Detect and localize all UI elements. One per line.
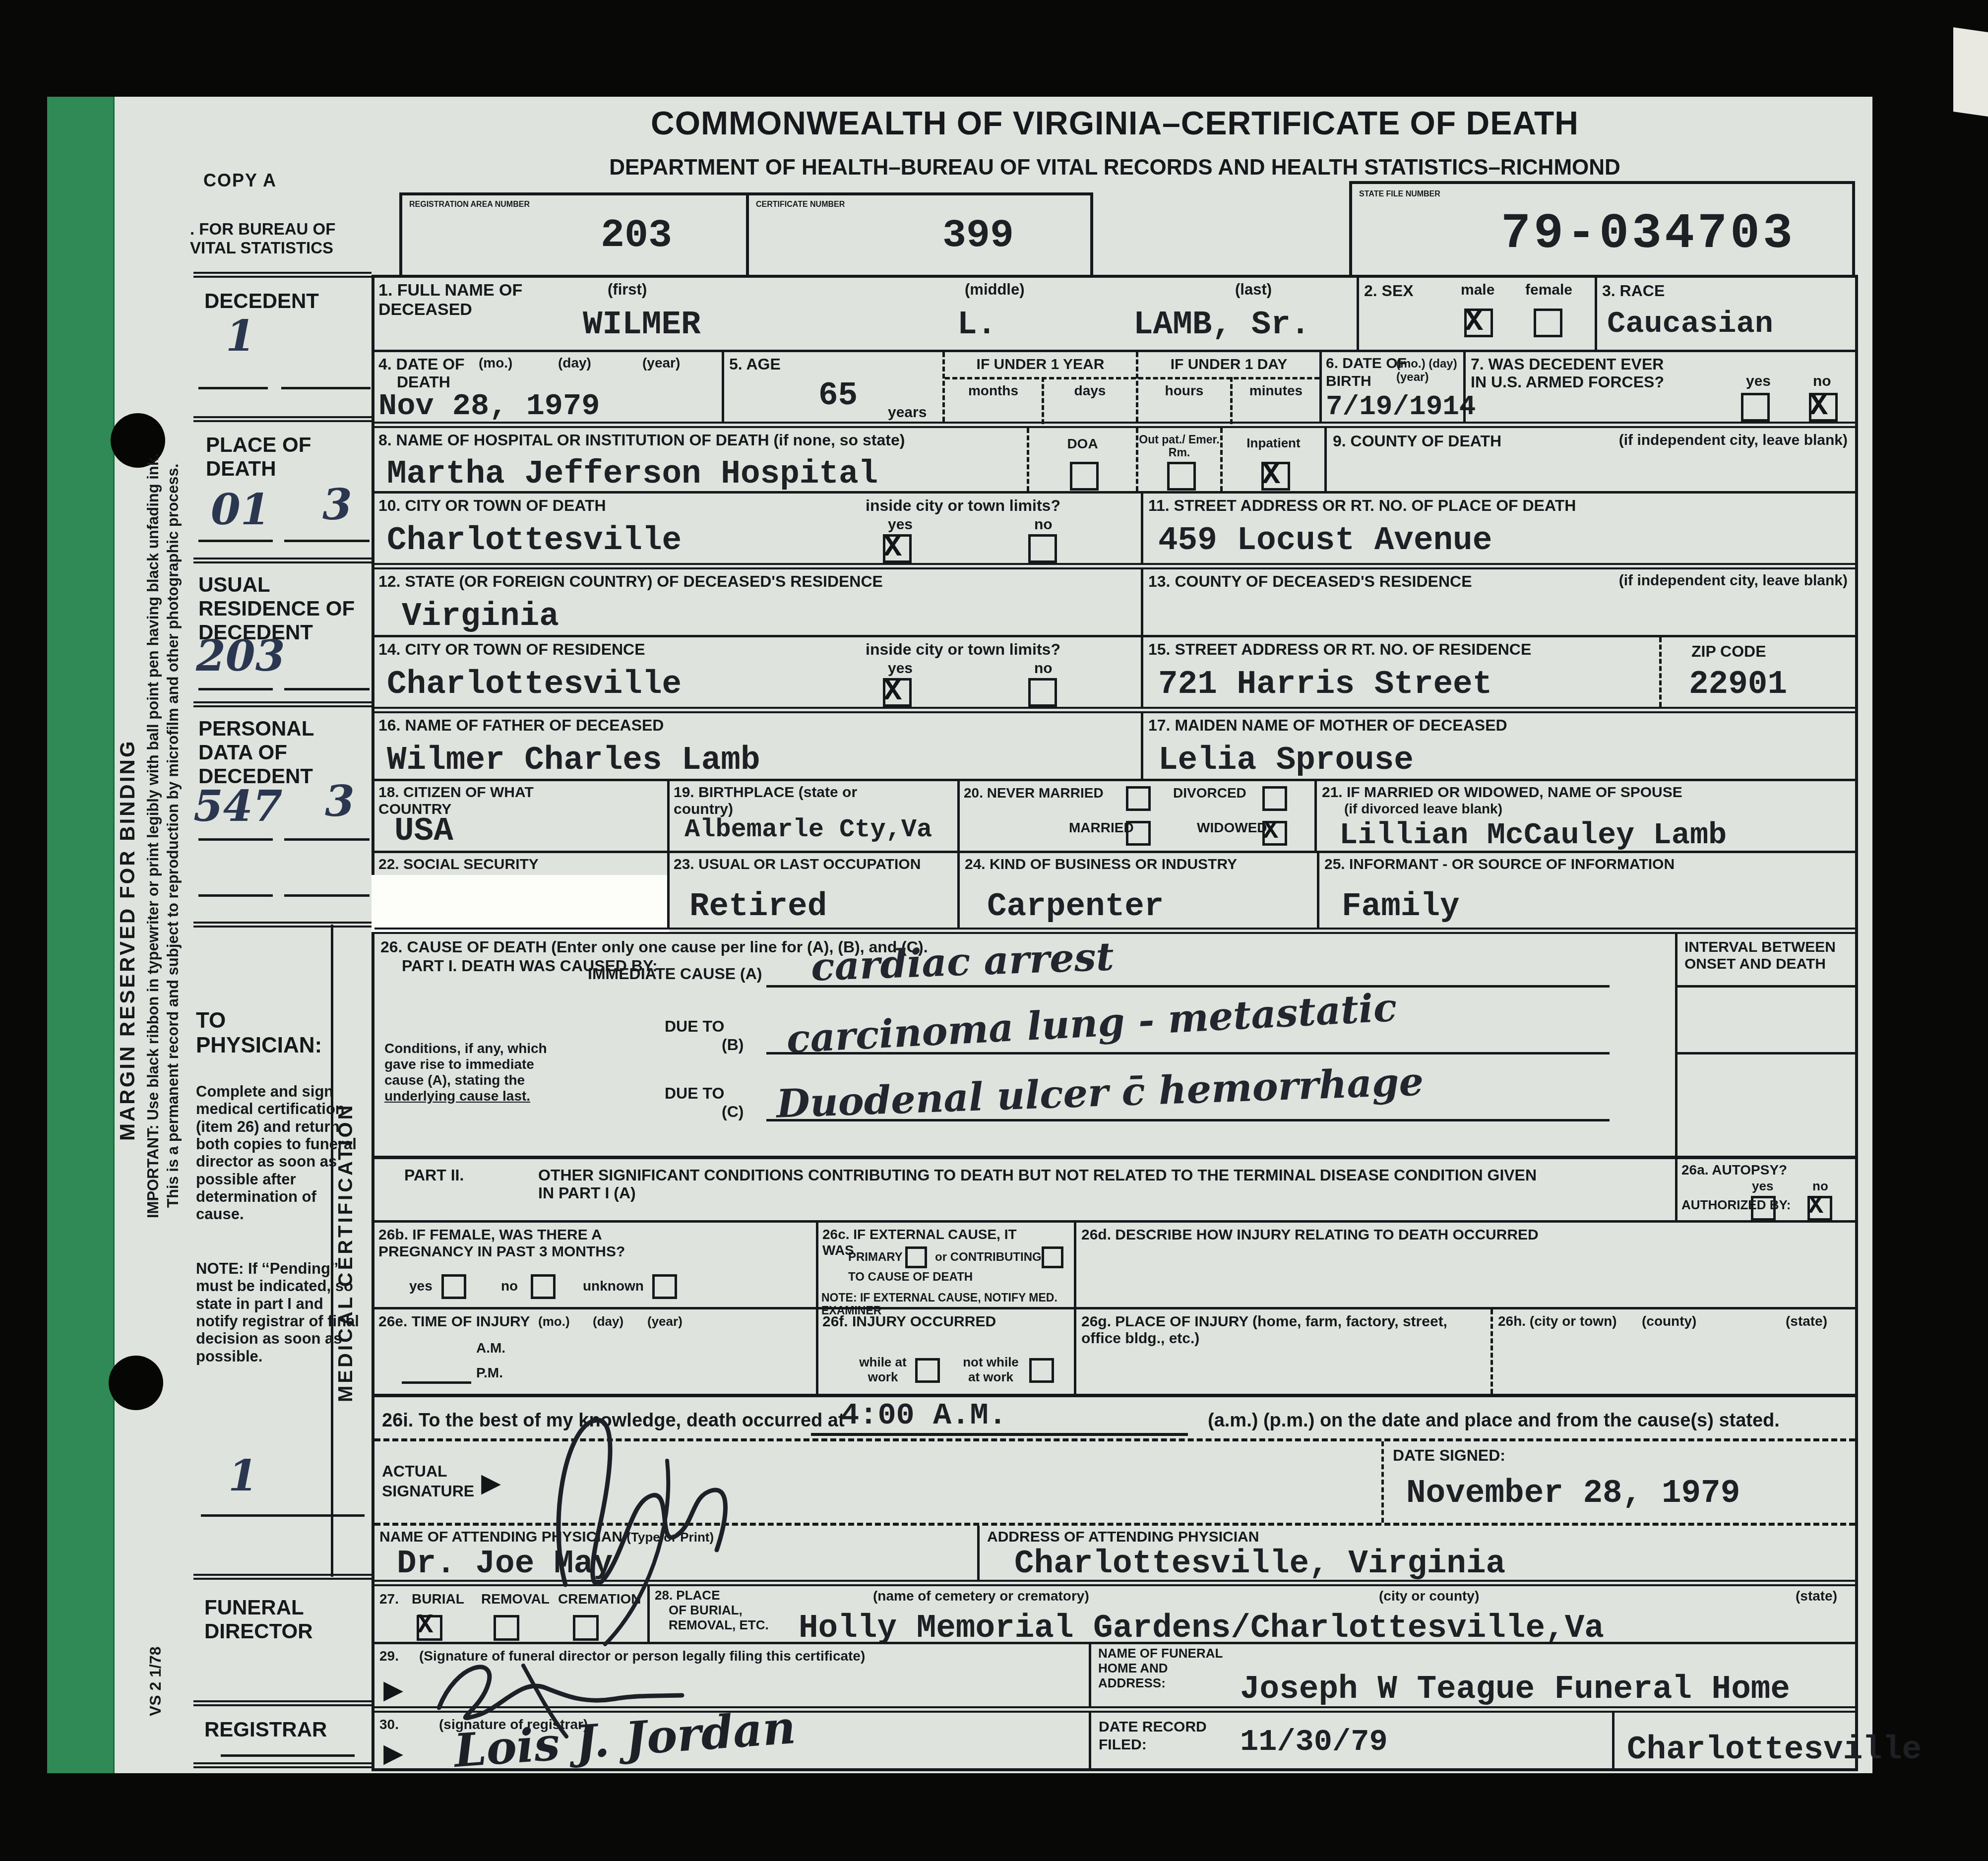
- injury-time-label: 26e. TIME OF INJURY: [378, 1313, 530, 1330]
- immediate-cause-label: IMMEDIATE CAUSE (A): [588, 965, 762, 983]
- city-of-death-field: 10. CITY OR TOWN OF DEATH Charlottesvill…: [374, 494, 1141, 563]
- birth-label: 6. DATE OF: [1326, 355, 1407, 372]
- under-year-label: IF UNDER 1 YEAR: [945, 356, 1136, 373]
- injury-time-line: [402, 1381, 471, 1384]
- preg-yes-label: yes: [409, 1278, 433, 1294]
- birthplace-label: 19. BIRTHPLACE (state or country): [674, 784, 912, 818]
- certificate-number-value: 399: [942, 216, 1014, 256]
- limits-no-checkbox: [1028, 534, 1057, 563]
- binding-strip: [47, 97, 115, 1773]
- autopsy-no-checkbox: X: [1807, 1196, 1832, 1221]
- side-personal-code-2: 3: [325, 780, 355, 823]
- spouse-value: Lillian McCauley Lamb: [1339, 820, 1727, 851]
- row-hospital: 8. NAME OF HOSPITAL OR INSTITUTION OF DE…: [374, 422, 1855, 491]
- home-label-1: NAME OF FUNERAL: [1098, 1646, 1223, 1661]
- hospital-value: Martha Jefferson Hospital: [387, 458, 878, 491]
- inpatient-label: Inpatient: [1223, 436, 1324, 451]
- industry-label: 24. KIND OF BUSINESS OR INDUSTRY: [965, 856, 1272, 873]
- side-place-code-1: 01: [211, 489, 270, 531]
- home-label-3: ADDRESS:: [1098, 1676, 1166, 1691]
- burial-option-label: BURIAL: [412, 1591, 464, 1607]
- certificate-number-label: CERTIFICATE NUMBER: [756, 200, 875, 209]
- cause-a-value: cardiac arrest: [810, 937, 1115, 987]
- not-while-at-work-checkbox: [1029, 1358, 1054, 1383]
- county-death-label: 9. COUNTY OF DEATH: [1333, 432, 1501, 450]
- date-filed-field: DATE RECORD FILED: 11/30/79: [1089, 1713, 1612, 1768]
- outpatient-label: Out pat./ Emer. Rm.: [1138, 433, 1220, 459]
- if-under-1-year-field: IF UNDER 1 YEAR months days: [942, 352, 1136, 422]
- female-checkbox: [1534, 309, 1562, 337]
- photo-backdrop: MARGIN RESERVED FOR BINDING IMPORTANT: U…: [0, 0, 1988, 1861]
- widowed-checkbox: X: [1262, 821, 1287, 846]
- last-name-value: LAMB, Sr.: [1133, 309, 1310, 341]
- divorced-label: DIVORCED: [1173, 785, 1246, 801]
- medical-cert-divider: [331, 925, 333, 1577]
- city-death-value: Charlottesville: [387, 524, 682, 557]
- birth-date-field: 6. DATE OF (mo.) (day) (year) BIRTH 7/19…: [1319, 352, 1463, 422]
- informant-value: Family: [1342, 890, 1460, 923]
- sex-label: 2. SEX: [1364, 282, 1414, 300]
- limits-yes-checkbox: X: [883, 534, 912, 563]
- ssn-field: 22. SOCIAL SECURITY NUMBER: [374, 853, 667, 928]
- outpatient-field: Out pat./ Emer. Rm.: [1136, 428, 1220, 491]
- citizen-value: USA: [394, 815, 453, 848]
- never-married-label: 20. NEVER MARRIED: [964, 785, 1104, 801]
- item29-label: 29.: [379, 1648, 399, 1664]
- injury-place-label: 26g. PLACE OF INJURY (home, farm, factor…: [1081, 1313, 1448, 1347]
- year-sub: (year): [642, 355, 680, 371]
- punch-hole-bottom: [109, 1356, 163, 1410]
- outpatient-checkbox: [1167, 462, 1196, 491]
- county-residence-field: 13. COUNTY OF DECEASED'S RESIDENCE (if i…: [1141, 569, 1855, 635]
- while-at-work-label: while at work: [853, 1355, 913, 1384]
- bullet-icon: .: [190, 220, 194, 238]
- side-rule: [193, 1700, 372, 1706]
- days-label: days: [1042, 383, 1138, 399]
- row-occupation: 22. SOCIAL SECURITY NUMBER 23. USUAL OR …: [374, 851, 1855, 928]
- birth-subs: (mo.) (day) (year): [1396, 357, 1461, 384]
- doa-field: DOA: [1027, 428, 1136, 491]
- state-file-number-box: STATE FILE NUMBER 79-034703: [1349, 181, 1855, 278]
- injury-description-field: 26d. DESCRIBE HOW INJURY RELATING TO DEA…: [1074, 1223, 1855, 1307]
- never-married-checkbox: [1126, 786, 1151, 811]
- state-note: (state): [1796, 1588, 1837, 1604]
- full-name-label: 1. FULL NAME OF DECEASED: [378, 281, 542, 319]
- injury-city-label: 26h. (city or town): [1498, 1313, 1617, 1329]
- side-line: [221, 1754, 355, 1757]
- row-part2: PART II. OTHER SIGNIFICANT CONDITIONS CO…: [374, 1156, 1855, 1220]
- yes-label: yes: [1746, 373, 1771, 390]
- county-residence-label: 13. COUNTY OF DECEASED'S RESIDENCE: [1148, 572, 1472, 590]
- street-death-label: 11. STREET ADDRESS OR RT. NO. OF PLACE O…: [1148, 496, 1576, 514]
- limits-label: inside city or town limits?: [866, 496, 1060, 514]
- hours-label: hours: [1138, 383, 1230, 399]
- residence-limits-yes-checkbox: X: [883, 678, 912, 707]
- death-date-label: 4. DATE OF: [378, 355, 465, 373]
- zip-field: ZIP CODE 22901: [1659, 637, 1855, 707]
- backdrop-sliver: [1953, 27, 1988, 117]
- mother-field: 17. MAIDEN NAME OF MOTHER OF DECEASED Le…: [1141, 713, 1855, 779]
- zip-label: ZIP CODE: [1691, 642, 1766, 660]
- occupation-field: 23. USUAL OR LAST OCCUPATION Retired: [667, 853, 957, 928]
- signature-label-2: SIGNATURE: [382, 1482, 474, 1500]
- side-place-of-death-label: PLACE OF DEATH: [206, 433, 325, 481]
- row-city-residence: 14. CITY OR TOWN OF RESIDENCE Charlottes…: [374, 635, 1855, 707]
- city-residence-value: Charlottesville: [387, 668, 682, 701]
- row-death-date: 4. DATE OF (mo.) (day) (year) DEATH Nov …: [374, 350, 1855, 422]
- funeral-home-value: Joseph W Teague Funeral Home: [1240, 1673, 1790, 1706]
- spouse-note: (if divorced leave blank): [1344, 801, 1502, 817]
- row-city-of-death: 10. CITY OR TOWN OF DEATH Charlottesvill…: [374, 491, 1855, 563]
- sex-field: 2. SEX male female X: [1357, 278, 1595, 350]
- death-time-line: [811, 1433, 1188, 1436]
- informant-field: 25. INFORMANT - OR SOURCE OF INFORMATION…: [1317, 853, 1855, 928]
- interval-line: [1677, 985, 1855, 988]
- row-26b: 26b. IF FEMALE, WAS THERE A PREGNANCY IN…: [374, 1220, 1855, 1307]
- city-note: (city or county): [1379, 1588, 1479, 1604]
- no-label: no: [1034, 660, 1053, 677]
- male-checkbox: X: [1464, 309, 1493, 337]
- side-residence-code: 203: [196, 635, 285, 678]
- injury-occurred-field: 26f. INJURY OCCURRED while at work not w…: [816, 1309, 1074, 1394]
- physician-signature: [518, 1371, 766, 1649]
- citizen-field: 18. CITIZEN OF WHAT COUNTRY USA: [374, 781, 667, 851]
- contributing-checkbox: [1042, 1246, 1063, 1268]
- filed-city-value: Charlottesville: [1627, 1734, 1922, 1766]
- part2-field: PART II. OTHER SIGNIFICANT CONDITIONS CO…: [374, 1159, 1675, 1220]
- doa-checkbox: [1070, 462, 1099, 491]
- page-subtitle: DEPARTMENT OF HEALTH–BUREAU OF VITAL REC…: [374, 155, 1855, 180]
- pm-label: P.M.: [476, 1365, 503, 1381]
- burial-checkbox: X: [417, 1615, 442, 1641]
- row-full-name: 1. FULL NAME OF DECEASED (first) WILMER …: [374, 278, 1855, 350]
- signature-label-1: ACTUAL: [382, 1462, 447, 1480]
- age-value: 65: [818, 379, 858, 412]
- external-cause-field: 26c. IF EXTERNAL CAUSE, IT WAS PRIMARY o…: [816, 1223, 1074, 1307]
- birth-date-value: 7/19/1914: [1326, 393, 1476, 421]
- side-line: [284, 894, 370, 897]
- marital-status-field: 20. NEVER MARRIED DIVORCED MARRIED WIDOW…: [957, 781, 1314, 851]
- c-label: (C): [722, 1103, 744, 1120]
- side-rule: [193, 701, 372, 707]
- hospital-field: 8. NAME OF HOSPITAL OR INSTITUTION OF DE…: [374, 428, 1027, 491]
- medical-certification-label: MEDICAL CERTIFICATION: [335, 935, 358, 1570]
- side-decedent-label: DECEDENT: [204, 289, 319, 313]
- doa-label: DOA: [1029, 436, 1136, 452]
- due-to-b-label: DUE TO: [665, 1017, 724, 1035]
- age-unit-label: years: [888, 404, 927, 421]
- death-date-value: Nov 28, 1979: [378, 391, 600, 422]
- side-decedent-code: 1: [226, 315, 255, 358]
- row-cause-of-death: 26. CAUSE OF DEATH (Enter only one cause…: [374, 928, 1855, 1156]
- injury-desc-label: 26d. DESCRIBE HOW INJURY RELATING TO DEA…: [1081, 1227, 1539, 1243]
- row-parents: 16. NAME OF FATHER OF DECEASED Wilmer Ch…: [374, 707, 1855, 779]
- pregnancy-yes-checkbox: [441, 1274, 466, 1299]
- certify-tail: (a.m.) (p.m.) on the date and place and …: [1208, 1410, 1780, 1431]
- no-label: no: [1813, 373, 1831, 390]
- birthplace-value: Albemarle Cty,Va: [684, 817, 932, 843]
- day-sub: (day): [593, 1314, 623, 1329]
- side-line: [284, 688, 370, 690]
- age-field: 5. AGE 65 years: [722, 352, 942, 422]
- street-residence-field: 15. STREET ADDRESS OR RT. NO. OF RESIDEN…: [1141, 637, 1659, 707]
- side-place-code-2: 3: [322, 484, 352, 526]
- signature-arrow-icon: ▶: [481, 1470, 501, 1496]
- preg-unknown-label: unknown: [583, 1278, 644, 1294]
- physician-address-field: ADDRESS OF ATTENDING PHYSICIAN Charlotte…: [977, 1526, 1855, 1580]
- female-label: female: [1525, 282, 1572, 299]
- middle-label: (middle): [965, 281, 1025, 298]
- physician-address-value: Charlottesville, Virginia: [1014, 1548, 1505, 1580]
- row-citizenship: 18. CITIZEN OF WHAT COUNTRY USA 19. BIRT…: [374, 779, 1855, 851]
- page-title: COMMONWEALTH OF VIRGINIA–CERTIFICATE OF …: [374, 105, 1855, 142]
- primary-checkbox: [905, 1246, 927, 1268]
- pregnancy-label: 26b. IF FEMALE, WAS THERE A PREGNANCY IN…: [378, 1227, 676, 1260]
- industry-value: Carpenter: [987, 890, 1164, 923]
- preg-no-label: no: [501, 1278, 518, 1294]
- death-certificate-document: MARGIN RESERVED FOR BINDING IMPORTANT: U…: [47, 97, 1872, 1773]
- spouse-label: 21. IF MARRIED OR WIDOWED, NAME OF SPOUS…: [1322, 784, 1682, 801]
- father-label: 16. NAME OF FATHER OF DECEASED: [378, 716, 664, 734]
- margin-important-text-1: IMPORTANT: Use black ribbon in typewrite…: [144, 310, 162, 1362]
- interval-line: [1677, 1052, 1855, 1055]
- date-filed-value: 11/30/79: [1240, 1727, 1388, 1757]
- autopsy-label: 26a. AUTOPSY?: [1681, 1162, 1787, 1178]
- dashed-line: [945, 377, 1136, 379]
- pregnancy-field: 26b. IF FEMALE, WAS THERE A PREGNANCY IN…: [374, 1223, 816, 1307]
- street-residence-value: 721 Harris Street: [1158, 668, 1492, 701]
- side-line: [284, 540, 370, 542]
- primary-label: PRIMARY: [848, 1250, 903, 1264]
- inpatient-field: Inpatient X: [1220, 428, 1324, 491]
- middle-name-value: L.: [957, 309, 996, 341]
- county-of-death-field: 9. COUNTY OF DEATH (if independent city,…: [1324, 428, 1855, 491]
- interval-label: INTERVAL BETWEEN ONSET AND DEATH: [1684, 939, 1848, 973]
- mother-label: 17. MAIDEN NAME OF MOTHER OF DECEASED: [1148, 716, 1507, 734]
- mother-value: Lelia Sprouse: [1158, 744, 1414, 777]
- injury-county-label: (county): [1642, 1313, 1696, 1329]
- injury-occurred-label: 26f. INJURY OCCURRED: [822, 1313, 996, 1330]
- armed-forces-field: 7. WAS DECEDENT EVER IN U.S. ARMED FORCE…: [1463, 352, 1855, 422]
- if-under-1-day-field: IF UNDER 1 DAY hours minutes: [1136, 352, 1319, 422]
- under-day-label: IF UNDER 1 DAY: [1138, 356, 1319, 373]
- contributing-label: or CONTRIBUTING: [935, 1250, 1042, 1264]
- conditions-note: Conditions, if any, which gave rise to i…: [384, 1041, 548, 1104]
- side-line: [198, 387, 268, 389]
- cause-c-value: Duodenal ulcer c̄ hemorrhage: [776, 1062, 1424, 1124]
- death-time-value: 4:00 A.M.: [841, 1400, 1007, 1431]
- state-residence-value: Virginia: [402, 600, 559, 633]
- filed-label-1: DATE RECORD: [1099, 1719, 1207, 1736]
- side-line: [281, 387, 371, 389]
- birth-label-2: BIRTH: [1326, 373, 1371, 390]
- form-code: VS 2 1/78: [146, 1610, 164, 1753]
- side-line: [198, 838, 273, 841]
- state-residence-field: 12. STATE (OR FOREIGN COUNTRY) OF DECEAS…: [374, 569, 1141, 635]
- street-of-death-field: 11. STREET ADDRESS OR RT. NO. OF PLACE O…: [1141, 494, 1855, 563]
- side-physician-code: 1: [228, 1455, 258, 1497]
- armed-yes-checkbox: [1741, 393, 1770, 422]
- father-field: 16. NAME OF FATHER OF DECEASED Wilmer Ch…: [374, 713, 1141, 779]
- male-label: male: [1461, 282, 1494, 299]
- due-to-c-label: DUE TO: [665, 1084, 724, 1102]
- autopsy-field: 26a. AUTOPSY? yes no AUTHORIZED BY: X: [1675, 1159, 1855, 1220]
- physician-address-label: ADDRESS OF ATTENDING PHYSICIAN: [987, 1529, 1259, 1546]
- full-name-field: 1. FULL NAME OF DECEASED (first) WILMER …: [374, 278, 1357, 350]
- cemetery-note: (name of cemetery or crematory): [873, 1588, 1089, 1604]
- side-line: [284, 838, 370, 841]
- injury-state-label: (state): [1786, 1313, 1827, 1329]
- inpatient-checkbox: X: [1261, 462, 1290, 491]
- registration-area-box: REGISTRATION AREA NUMBER 203: [399, 192, 749, 278]
- industry-field: 24. KIND OF BUSINESS OR INDUSTRY Carpent…: [957, 853, 1317, 928]
- part2-label: PART II.: [404, 1166, 464, 1184]
- margin-binding-text: MARGIN RESERVED FOR BINDING: [116, 603, 139, 1277]
- pregnancy-no-checkbox: [531, 1274, 556, 1299]
- armed-no-checkbox: X: [1809, 393, 1838, 422]
- fd-signature-arrow-icon: ▶: [383, 1677, 403, 1703]
- married-label: MARRIED: [1069, 820, 1134, 836]
- funeral-home-field: NAME OF FUNERAL HOME AND ADDRESS: Joseph…: [1089, 1644, 1855, 1706]
- side-line: [198, 894, 273, 897]
- side-rule: [193, 922, 372, 928]
- county-residence-note: (if independent city, leave blank): [1619, 572, 1848, 589]
- county-death-note: (if independent city, leave blank): [1619, 432, 1848, 449]
- side-rule: [193, 416, 372, 422]
- autopsy-yes-label: yes: [1752, 1179, 1773, 1194]
- autopsy-yes-checkbox: [1751, 1196, 1776, 1221]
- first-label: (first): [608, 281, 647, 298]
- part2-text: OTHER SIGNIFICANT CONDITIONS CONTRIBUTIN…: [538, 1166, 1555, 1202]
- burial-place-value: Holly Memorial Gardens/Charlottesville,V…: [799, 1612, 1604, 1645]
- armed-forces-label: 7. WAS DECEDENT EVER IN U.S. ARMED FORCE…: [1471, 355, 1684, 391]
- widowed-label: WIDOWED: [1197, 820, 1267, 836]
- last-label: (last): [1235, 281, 1272, 298]
- residence-limits-no-checkbox: [1028, 678, 1057, 707]
- death-date-field: 4. DATE OF (mo.) (day) (year) DEATH Nov …: [374, 352, 722, 422]
- side-rule: [193, 558, 372, 563]
- zip-value: 22901: [1689, 668, 1787, 701]
- cause-b-value: carcinoma lung - metastatic: [786, 989, 1398, 1059]
- birthplace-field: 19. BIRTHPLACE (state or country) Albema…: [667, 781, 957, 851]
- bureau-label: . FOR BUREAU OF VITAL STATISTICS: [190, 220, 364, 257]
- divorced-checkbox: [1262, 786, 1287, 811]
- registrar-signature-arrow-icon: ▶: [383, 1740, 403, 1766]
- registration-area-label: REGISTRATION AREA NUMBER: [409, 200, 548, 209]
- side-personal-code-1: 547: [193, 785, 283, 828]
- registration-area-value: 203: [601, 216, 672, 256]
- city-residence-label: 14. CITY OR TOWN OF RESIDENCE: [378, 640, 645, 658]
- mo-sub: (mo.): [538, 1314, 570, 1329]
- minutes-label: minutes: [1230, 383, 1322, 399]
- occupation-value: Retired: [689, 890, 827, 923]
- not-while-at-work-label: not while at work: [957, 1355, 1024, 1384]
- filed-label-2: FILED:: [1099, 1737, 1147, 1753]
- state-file-label: STATE FILE NUMBER: [1359, 190, 1468, 199]
- date-signed-label: DATE SIGNED:: [1393, 1446, 1505, 1464]
- margin-important-text-2: This is a permanent record and subject t…: [164, 310, 182, 1362]
- row-state-residence: 12. STATE (OR FOREIGN COUNTRY) OF DECEAS…: [374, 563, 1855, 635]
- side-rule: [193, 272, 372, 278]
- injury-location-field: 26h. (city or town) (county) (state): [1491, 1309, 1855, 1394]
- race-value: Caucasian: [1607, 309, 1773, 339]
- city-death-label: 10. CITY OR TOWN OF DEATH: [378, 496, 606, 514]
- date-signed-value: November 28, 1979: [1406, 1477, 1740, 1510]
- side-funeral-director-label: FUNERAL DIRECTOR: [204, 1596, 333, 1643]
- dashed-line: [1138, 377, 1319, 379]
- certificate-number-box: CERTIFICATE NUMBER 399: [746, 192, 1093, 278]
- hospital-label: 8. NAME OF HOSPITAL OR INSTITUTION OF DE…: [378, 431, 905, 449]
- b-label: (B): [722, 1036, 744, 1054]
- city-residence-field: 14. CITY OR TOWN OF RESIDENCE Charlottes…: [374, 637, 1141, 707]
- home-label-2: HOME AND: [1098, 1661, 1168, 1676]
- first-name-value: WILMER: [583, 309, 701, 341]
- race-field: 3. RACE Caucasian: [1595, 278, 1855, 350]
- age-label: 5. AGE: [729, 355, 781, 373]
- father-value: Wilmer Charles Lamb: [387, 744, 760, 777]
- side-line: [198, 688, 273, 690]
- cause-of-death-field: 26. CAUSE OF DEATH (Enter only one cause…: [374, 934, 1675, 1156]
- item27-label: 27.: [379, 1591, 399, 1607]
- copy-label: COPY A: [203, 170, 277, 190]
- side-registrar-label: REGISTRAR: [204, 1718, 327, 1741]
- injury-place-field: 26g. PLACE OF INJURY (home, farm, factor…: [1074, 1309, 1491, 1394]
- year-sub: (year): [647, 1314, 683, 1329]
- no-label: no: [1034, 516, 1053, 533]
- filed-city-field: Charlottesville: [1612, 1713, 1855, 1768]
- mo-sub: (mo.): [479, 355, 512, 371]
- occupation-label: 23. USUAL OR LAST OCCUPATION: [674, 856, 922, 873]
- burial-place-field: 28. PLACE OF BURIAL, REMOVAL, ETC. (name…: [647, 1586, 1855, 1642]
- side-rule: [193, 1574, 372, 1580]
- to-cause-label: TO CAUSE OF DEATH: [848, 1270, 973, 1284]
- informant-label: 25. INFORMANT - OR SOURCE OF INFORMATION: [1324, 856, 1675, 873]
- date-signed-field: DATE SIGNED: November 28, 1979: [1381, 1441, 1855, 1523]
- pregnancy-unknown-checkbox: [652, 1274, 677, 1299]
- ssn-redaction: [372, 875, 669, 932]
- side-rule: [193, 1762, 372, 1768]
- while-at-work-checkbox: [915, 1358, 940, 1383]
- side-line: [198, 540, 273, 542]
- street-death-value: 459 Locust Avenue: [1158, 524, 1492, 557]
- street-residence-label: 15. STREET ADDRESS OR RT. NO. OF RESIDEN…: [1148, 640, 1531, 658]
- interval-field: INTERVAL BETWEEN ONSET AND DEATH: [1675, 934, 1855, 1156]
- limits-label: inside city or town limits?: [866, 640, 1060, 658]
- removal-checkbox: [494, 1615, 519, 1641]
- race-label: 3. RACE: [1602, 282, 1665, 300]
- day-sub: (day): [558, 355, 591, 371]
- item30-label: 30.: [379, 1717, 399, 1733]
- months-label: months: [945, 383, 1042, 399]
- am-label: A.M.: [476, 1340, 505, 1356]
- state-residence-label: 12. STATE (OR FOREIGN COUNTRY) OF DECEAS…: [378, 572, 883, 590]
- state-file-value: 79-034703: [1501, 210, 1796, 259]
- spouse-field: 21. IF MARRIED OR WIDOWED, NAME OF SPOUS…: [1314, 781, 1855, 851]
- married-checkbox: [1126, 821, 1151, 846]
